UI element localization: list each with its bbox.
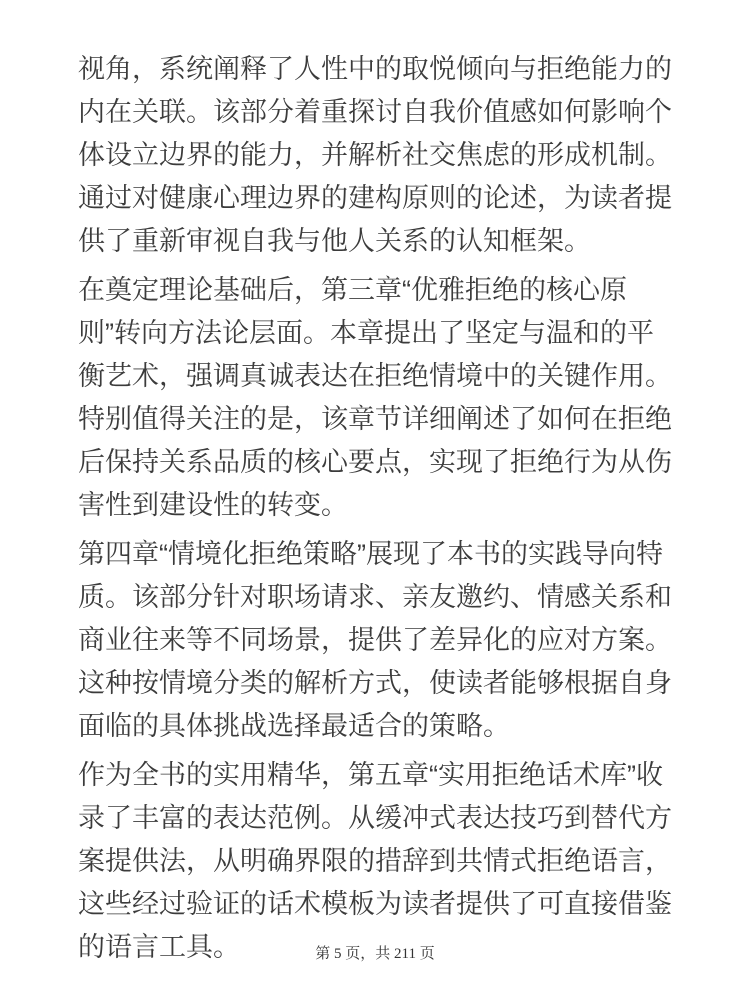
- paragraph: 视角，系统阐释了人性中的取悦倾向与拒绝能力的内在关联。该部分着重探讨自我价值感如…: [78, 48, 672, 263]
- paragraph: 第四章“情境化拒绝策略”展现了本书的实践导向特质。该部分针对职场请求、亲友邀约、…: [78, 533, 672, 748]
- document-page: 视角，系统阐释了人性中的取悦倾向与拒绝能力的内在关联。该部分着重探讨自我价值感如…: [0, 0, 750, 1000]
- paragraph: 在奠定理论基础后，第三章“优雅拒绝的核心原则”转向方法论层面。本章提出了坚定与温…: [78, 269, 672, 527]
- paragraph: 作为全书的实用精华，第五章“实用拒绝话术库”收录了丰富的表达范例。从缓冲式表达技…: [78, 754, 672, 969]
- document-body: 视角，系统阐释了人性中的取悦倾向与拒绝能力的内在关联。该部分着重探讨自我价值感如…: [78, 48, 672, 975]
- page-number-footer: 第 5 页，共 211 页: [0, 944, 750, 964]
